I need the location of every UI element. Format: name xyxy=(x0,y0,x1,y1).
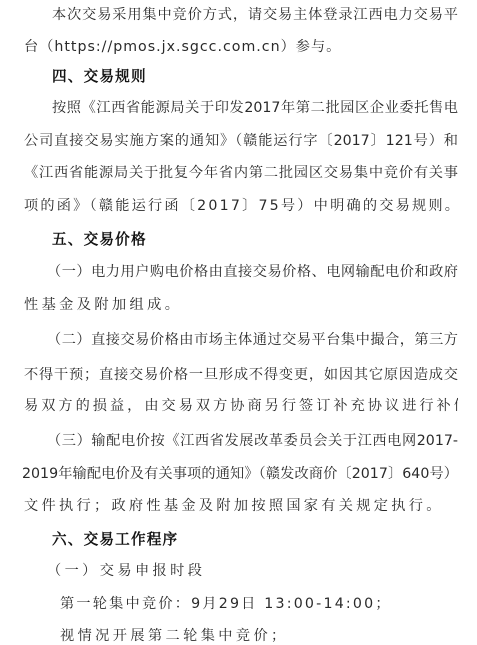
paragraph-line: 本次交易采用集中竞价方式，请交易主体登录江西电力交易平 xyxy=(52,5,458,25)
schedule-line-round-1: 第一轮集中竞价：9月29日 13:00-14:00； xyxy=(60,594,477,614)
paragraph-line: 公司直接交易实施方案的通知》（赣能运行字〔2017〕121号）和 xyxy=(24,131,458,151)
subheading-bid-period: （一）交易申报时段 xyxy=(47,561,477,581)
paragraph-line: 按照《江西省能源局关于印发2017年第二批园区企业委托售电 xyxy=(52,98,458,118)
paragraph-line: 2019年输配电价及有关事项的通知》（赣发改商价〔2017〕640号） xyxy=(22,464,458,484)
section-heading-trading-price: 五、交易价格 xyxy=(52,230,458,250)
paragraph-line: 性基金及附加组成。 xyxy=(24,295,458,315)
document-page: 本次交易采用集中竞价方式，请交易主体登录江西电力交易平 台（https://pm… xyxy=(0,0,477,645)
paragraph-line: （二）直接交易价格由市场主体通过交易平台集中撮合，第三方 xyxy=(47,330,458,350)
section-heading-trading-rules: 四、交易规则 xyxy=(52,67,458,87)
paragraph-line: 易双方的损益，由交易双方协商另行签订补充协议进行补偿。 xyxy=(24,396,458,416)
paragraph-line-url: 台（https://pmos.jx.sgcc.com.cn）参与。 xyxy=(24,37,458,57)
paragraph-line: 项的函》（赣能运行函〔2017〕75号）中明确的交易规则。 xyxy=(24,196,458,216)
paragraph-line: （三）输配电价按《江西省发展改革委员会关于江西电网2017- xyxy=(47,431,458,451)
paragraph-line: 不得干预；直接交易价格一旦形成不得变更，如因其它原因造成交 xyxy=(24,365,458,385)
paragraph-line: （一）电力用户购电价格由直接交易价格、电网输配电价和政府 xyxy=(47,262,458,282)
paragraph-line: 文件执行；政府性基金及附加按照国家有关规定执行。 xyxy=(24,496,458,516)
paragraph-line: 《江西省能源局关于批复今年省内第二批园区交易集中竞价有关事 xyxy=(24,163,458,183)
section-heading-trading-procedure: 六、交易工作程序 xyxy=(52,530,458,550)
schedule-line-round-2: 视情况开展第二轮集中竞价； xyxy=(60,626,477,645)
